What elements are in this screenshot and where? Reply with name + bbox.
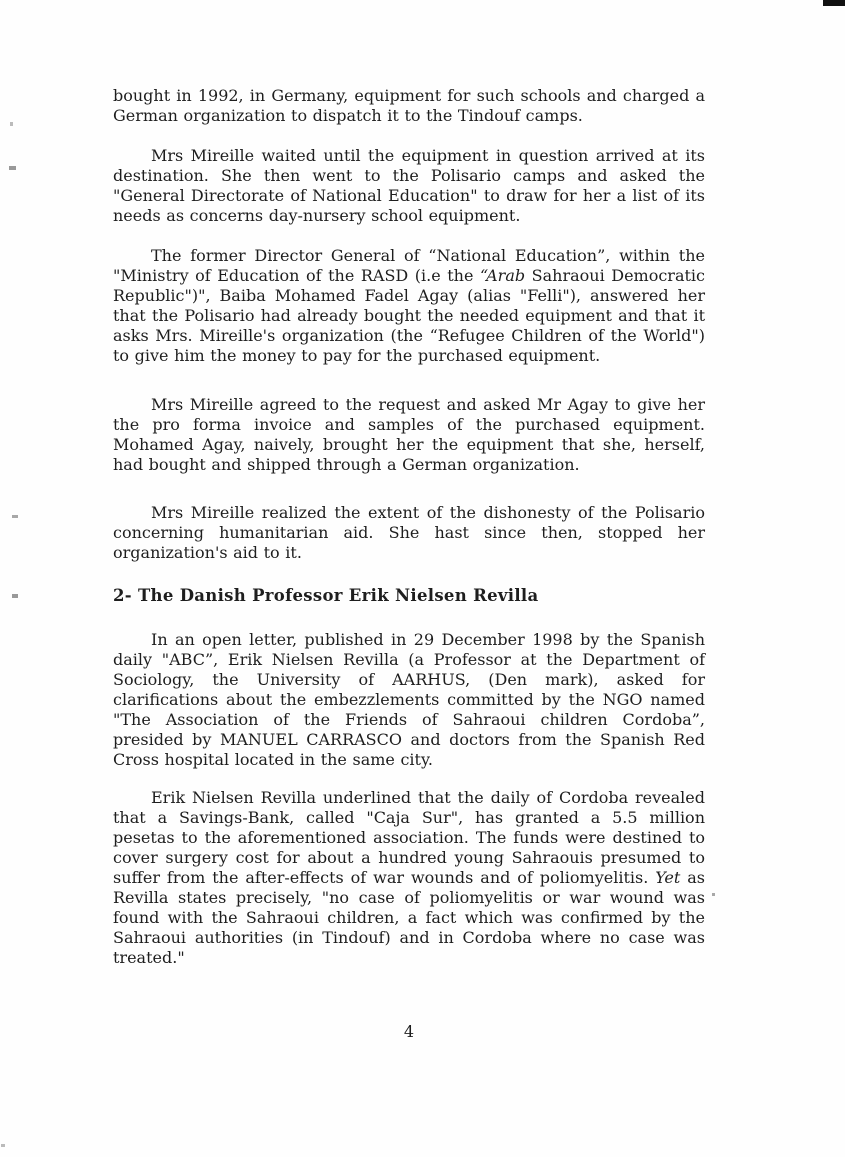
paragraph-text-italic: “Arab (480, 266, 525, 285)
paragraph-realized-dishonesty: Mrs Mireille realized the extent of the … (113, 503, 705, 563)
paragraph-director-general: The former Director General of “National… (113, 246, 705, 366)
section-heading: 2- The Danish Professor Erik Nielsen Rev… (113, 586, 705, 606)
paragraph-text: In an open letter, published in 29 Decem… (113, 630, 705, 769)
paragraph-caja-sur: Erik Nielsen Revilla underlined that the… (113, 788, 705, 968)
scan-artifact-corner-mark (823, 0, 845, 6)
scan-artifact-speck (712, 893, 715, 896)
scan-artifact-speck (12, 515, 18, 518)
page-content: bought in 1992, in Germany, equipment fo… (113, 86, 705, 988)
paragraph-text: Mrs Mireille agreed to the request and a… (113, 395, 705, 474)
paragraph-text: Mrs Mireille realized the extent of the … (113, 503, 705, 562)
paragraph-mireille-waited: Mrs Mireille waited until the equipment … (113, 146, 705, 226)
paragraph-agreed-request: Mrs Mireille agreed to the request and a… (113, 395, 705, 475)
paragraph-text-italic: Yet (655, 868, 680, 887)
scan-artifact-speck (9, 166, 16, 170)
paragraph-open-letter: In an open letter, published in 29 Decem… (113, 630, 705, 770)
paragraph-continuation: bought in 1992, in Germany, equipment fo… (113, 86, 705, 126)
scan-artifact-speck (12, 594, 18, 598)
scanned-document-page: bought in 1992, in Germany, equipment fo… (0, 0, 845, 1157)
scan-artifact-speck (1, 1144, 5, 1147)
paragraph-text: Erik Nielsen Revilla underlined that the… (113, 788, 705, 887)
scan-artifact-speck (10, 122, 13, 126)
paragraph-text: bought in 1992, in Germany, equipment fo… (113, 86, 705, 125)
page-number: 4 (113, 1022, 705, 1042)
paragraph-text: Mrs Mireille waited until the equipment … (113, 146, 705, 225)
